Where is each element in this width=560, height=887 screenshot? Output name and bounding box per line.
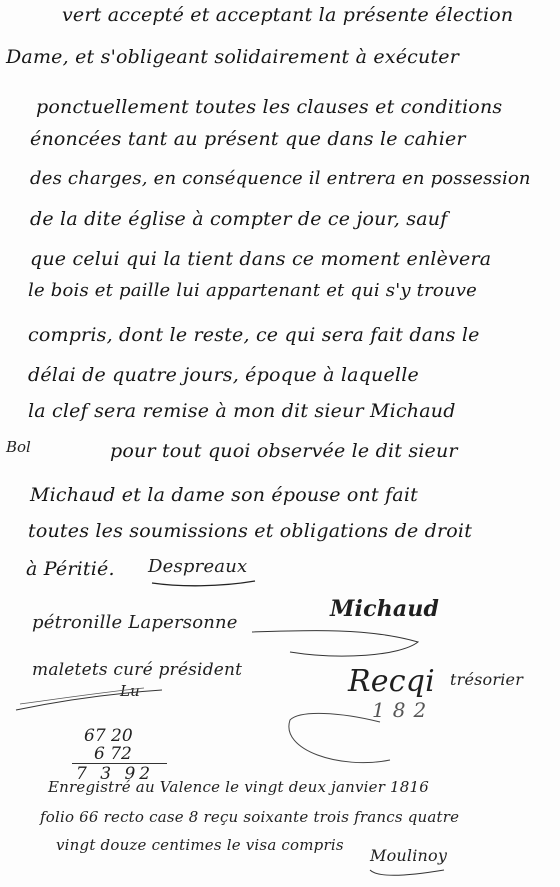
manuscript-page: vert accepté et acceptant la présente él… <box>0 0 560 887</box>
registration-line-1: Enregistré au Valence le vingt deux janv… <box>48 778 429 796</box>
signature-recqi: Recqi <box>348 664 435 699</box>
body-line-14: toutes les soumissions et obligations de… <box>28 520 472 542</box>
body-line-13: Michaud et la dame son épouse ont fait <box>30 484 418 506</box>
body-line-15: à Péritié. <box>26 558 115 580</box>
body-line-2: Dame, et s'obligeant solidairement à exé… <box>6 46 459 68</box>
calc-row-2: 6 72 <box>94 744 132 764</box>
margin-mark: Bol <box>6 438 40 464</box>
body-line-1: vert accepté et acceptant la présente él… <box>62 4 513 26</box>
registration-line-3: vingt douze centimes le visa compris <box>56 836 344 854</box>
signature-maletets: maletets curé président <box>32 660 242 680</box>
body-line-5: des charges, en conséquence il entrera e… <box>30 168 531 189</box>
signature-tresorier: trésorier <box>450 670 523 689</box>
signature-michaud: Michaud <box>330 596 439 622</box>
body-line-7: que celui qui la tient dans ce moment en… <box>30 248 491 270</box>
body-line-12: pour tout quoi observée le dit sieur <box>110 440 458 462</box>
signature-maletets-flourish <box>14 684 164 714</box>
registration-line-2: folio 66 recto case 8 reçu soixante troi… <box>40 808 459 826</box>
registrar-flourish <box>368 866 448 880</box>
body-line-9: compris, dont le reste, ce qui sera fait… <box>28 324 480 346</box>
signature-recqi-flourish <box>260 700 400 770</box>
calc-row-1: 67 20 <box>84 726 133 746</box>
body-line-8: le bois et paille lui appartenant et qui… <box>28 280 477 301</box>
body-line-10: délai de quatre jours, époque à laquelle <box>28 364 419 386</box>
body-line-11: la clef sera remise à mon dit sieur Mich… <box>28 400 456 422</box>
body-line-6: de la dite église à compter de ce jour, … <box>30 208 447 230</box>
body-line-3: ponctuellement toutes les clauses et con… <box>36 96 502 118</box>
inline-signature-flourish <box>150 575 260 589</box>
signature-petronille: pétronille Lapersonne <box>32 612 238 633</box>
inline-signature: Despreaux <box>148 556 247 577</box>
registrar-signature: Moulinoy <box>370 846 447 865</box>
body-line-4: énoncées tant au présent que dans le cah… <box>30 128 466 150</box>
signature-michaud-flourish <box>250 620 420 670</box>
